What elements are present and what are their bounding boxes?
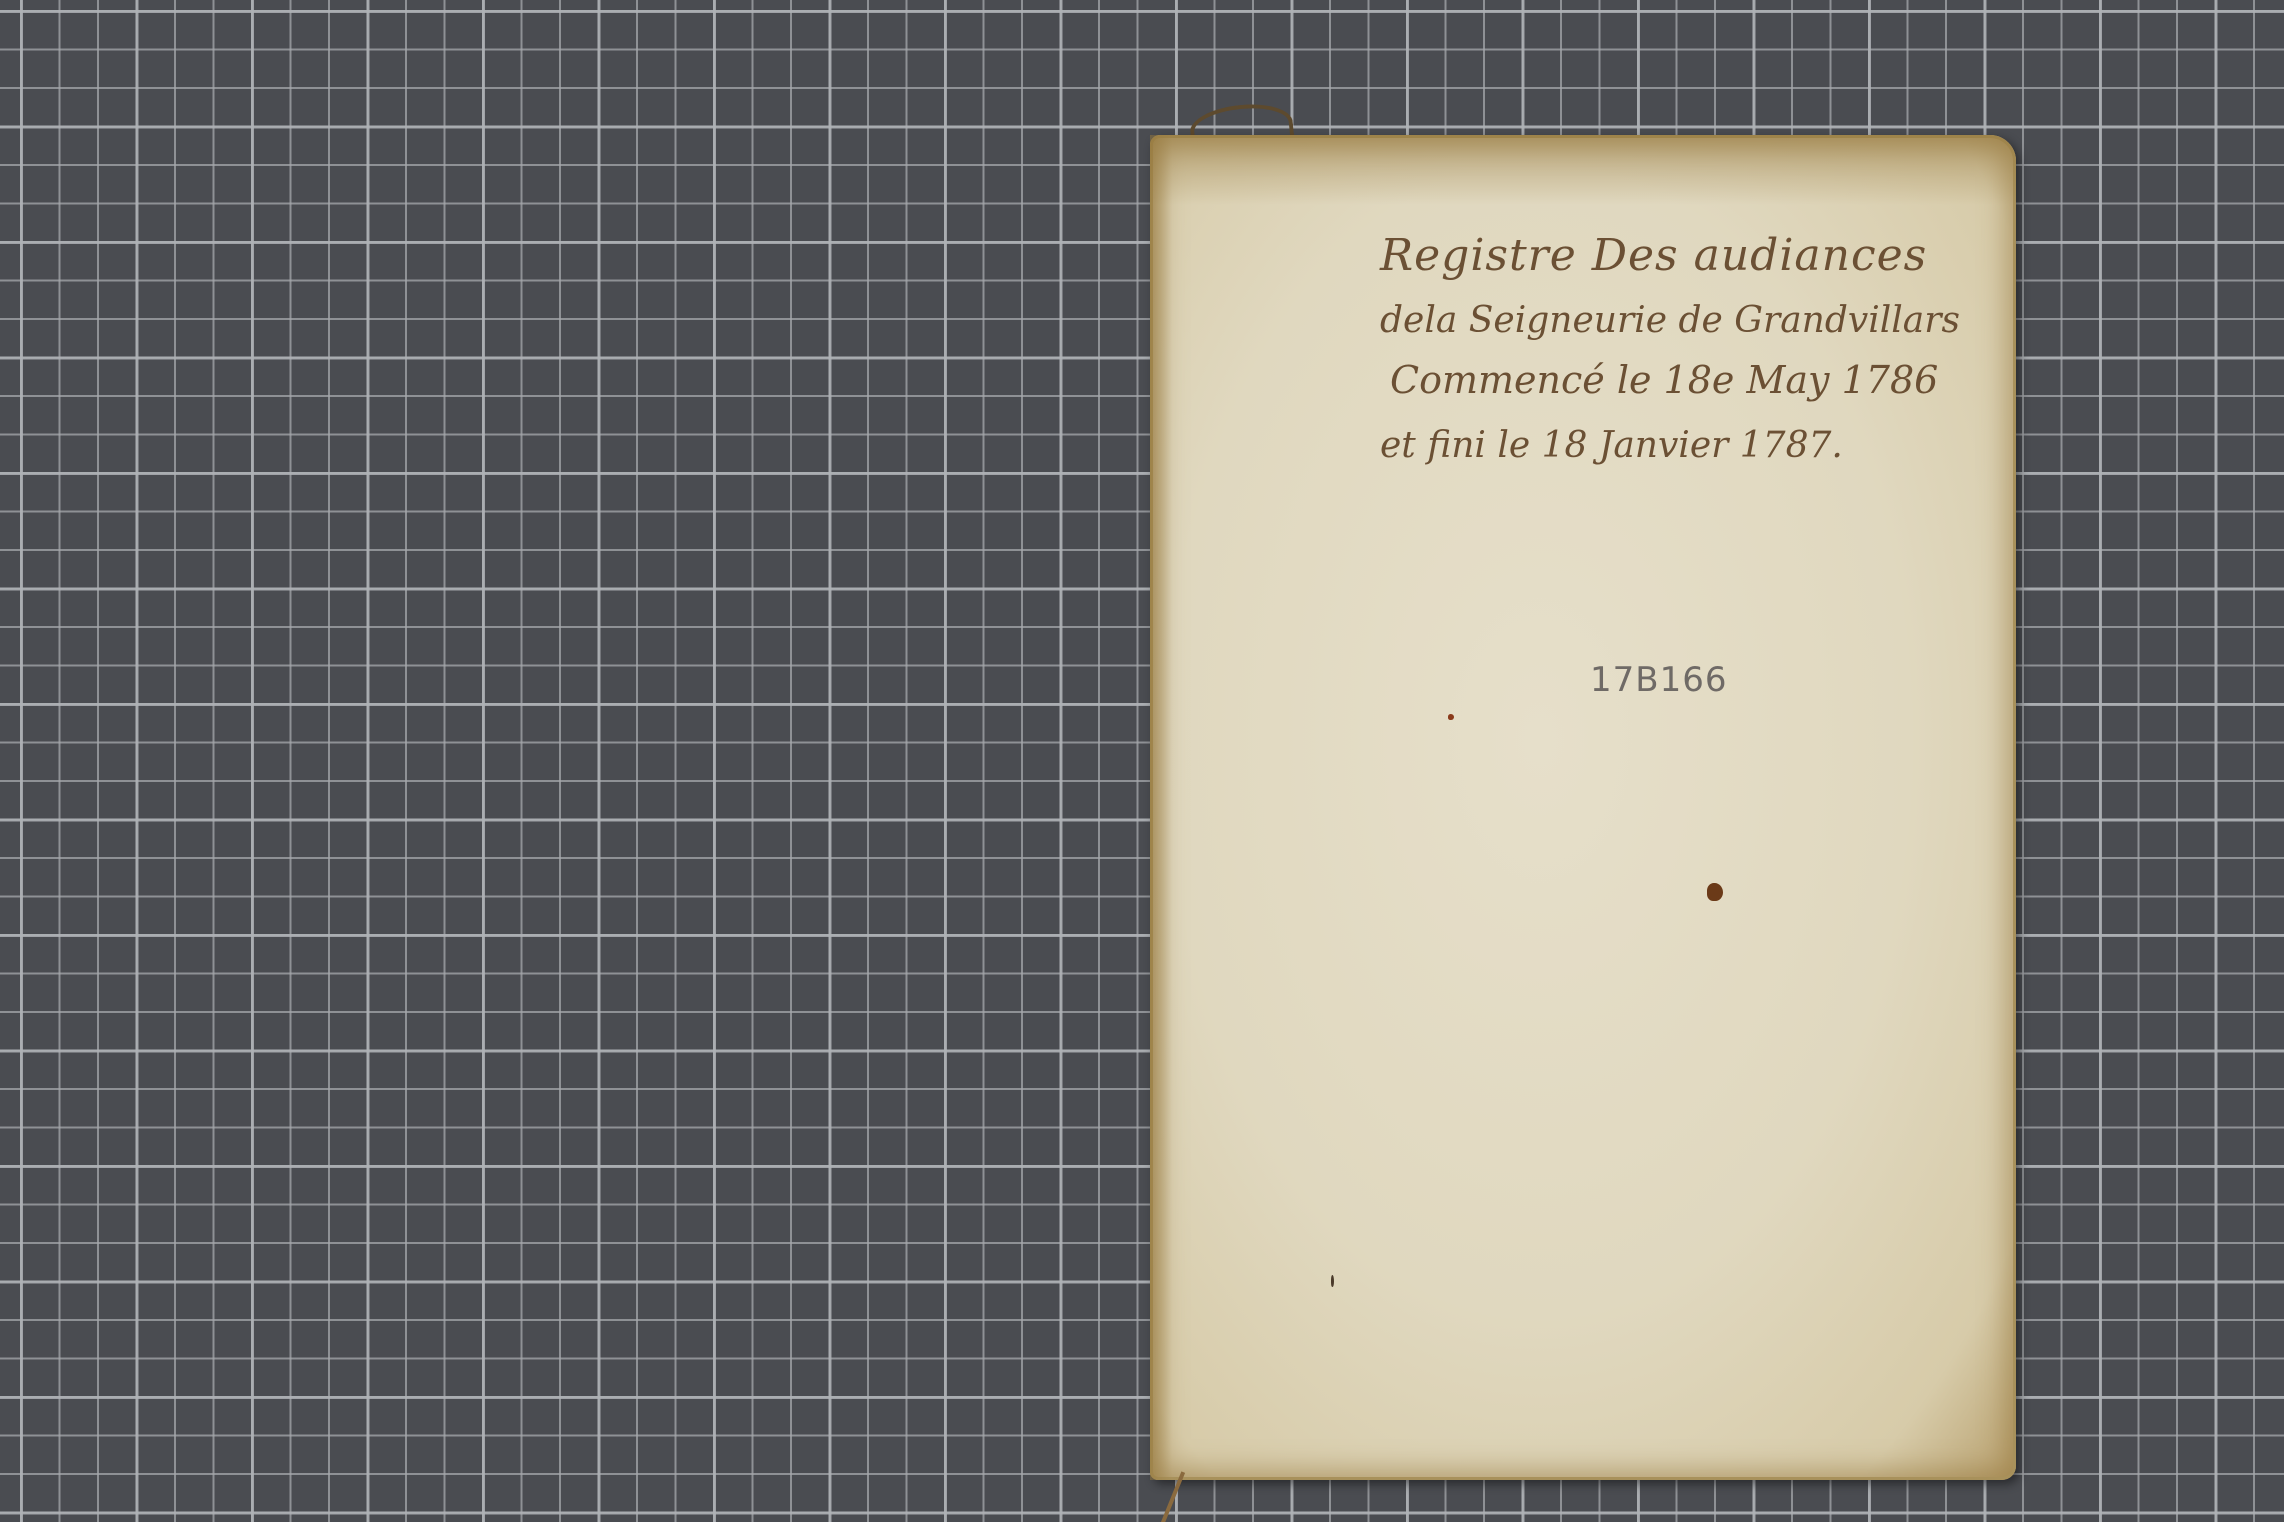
title-line-1: Registre Des audiances [1380, 230, 1927, 281]
ink-dot [1448, 714, 1454, 720]
title-line-2: dela Seigneurie de Grandvillars [1380, 300, 1960, 341]
ink-stain [1707, 883, 1723, 901]
ink-mark [1331, 1275, 1334, 1287]
archive-reference: 17B166 [1590, 660, 1727, 700]
title-line-4: et fini le 18 Janvier 1787. [1380, 425, 1843, 466]
title-line-3: Commencé le 18e May 1786 [1390, 358, 1938, 402]
